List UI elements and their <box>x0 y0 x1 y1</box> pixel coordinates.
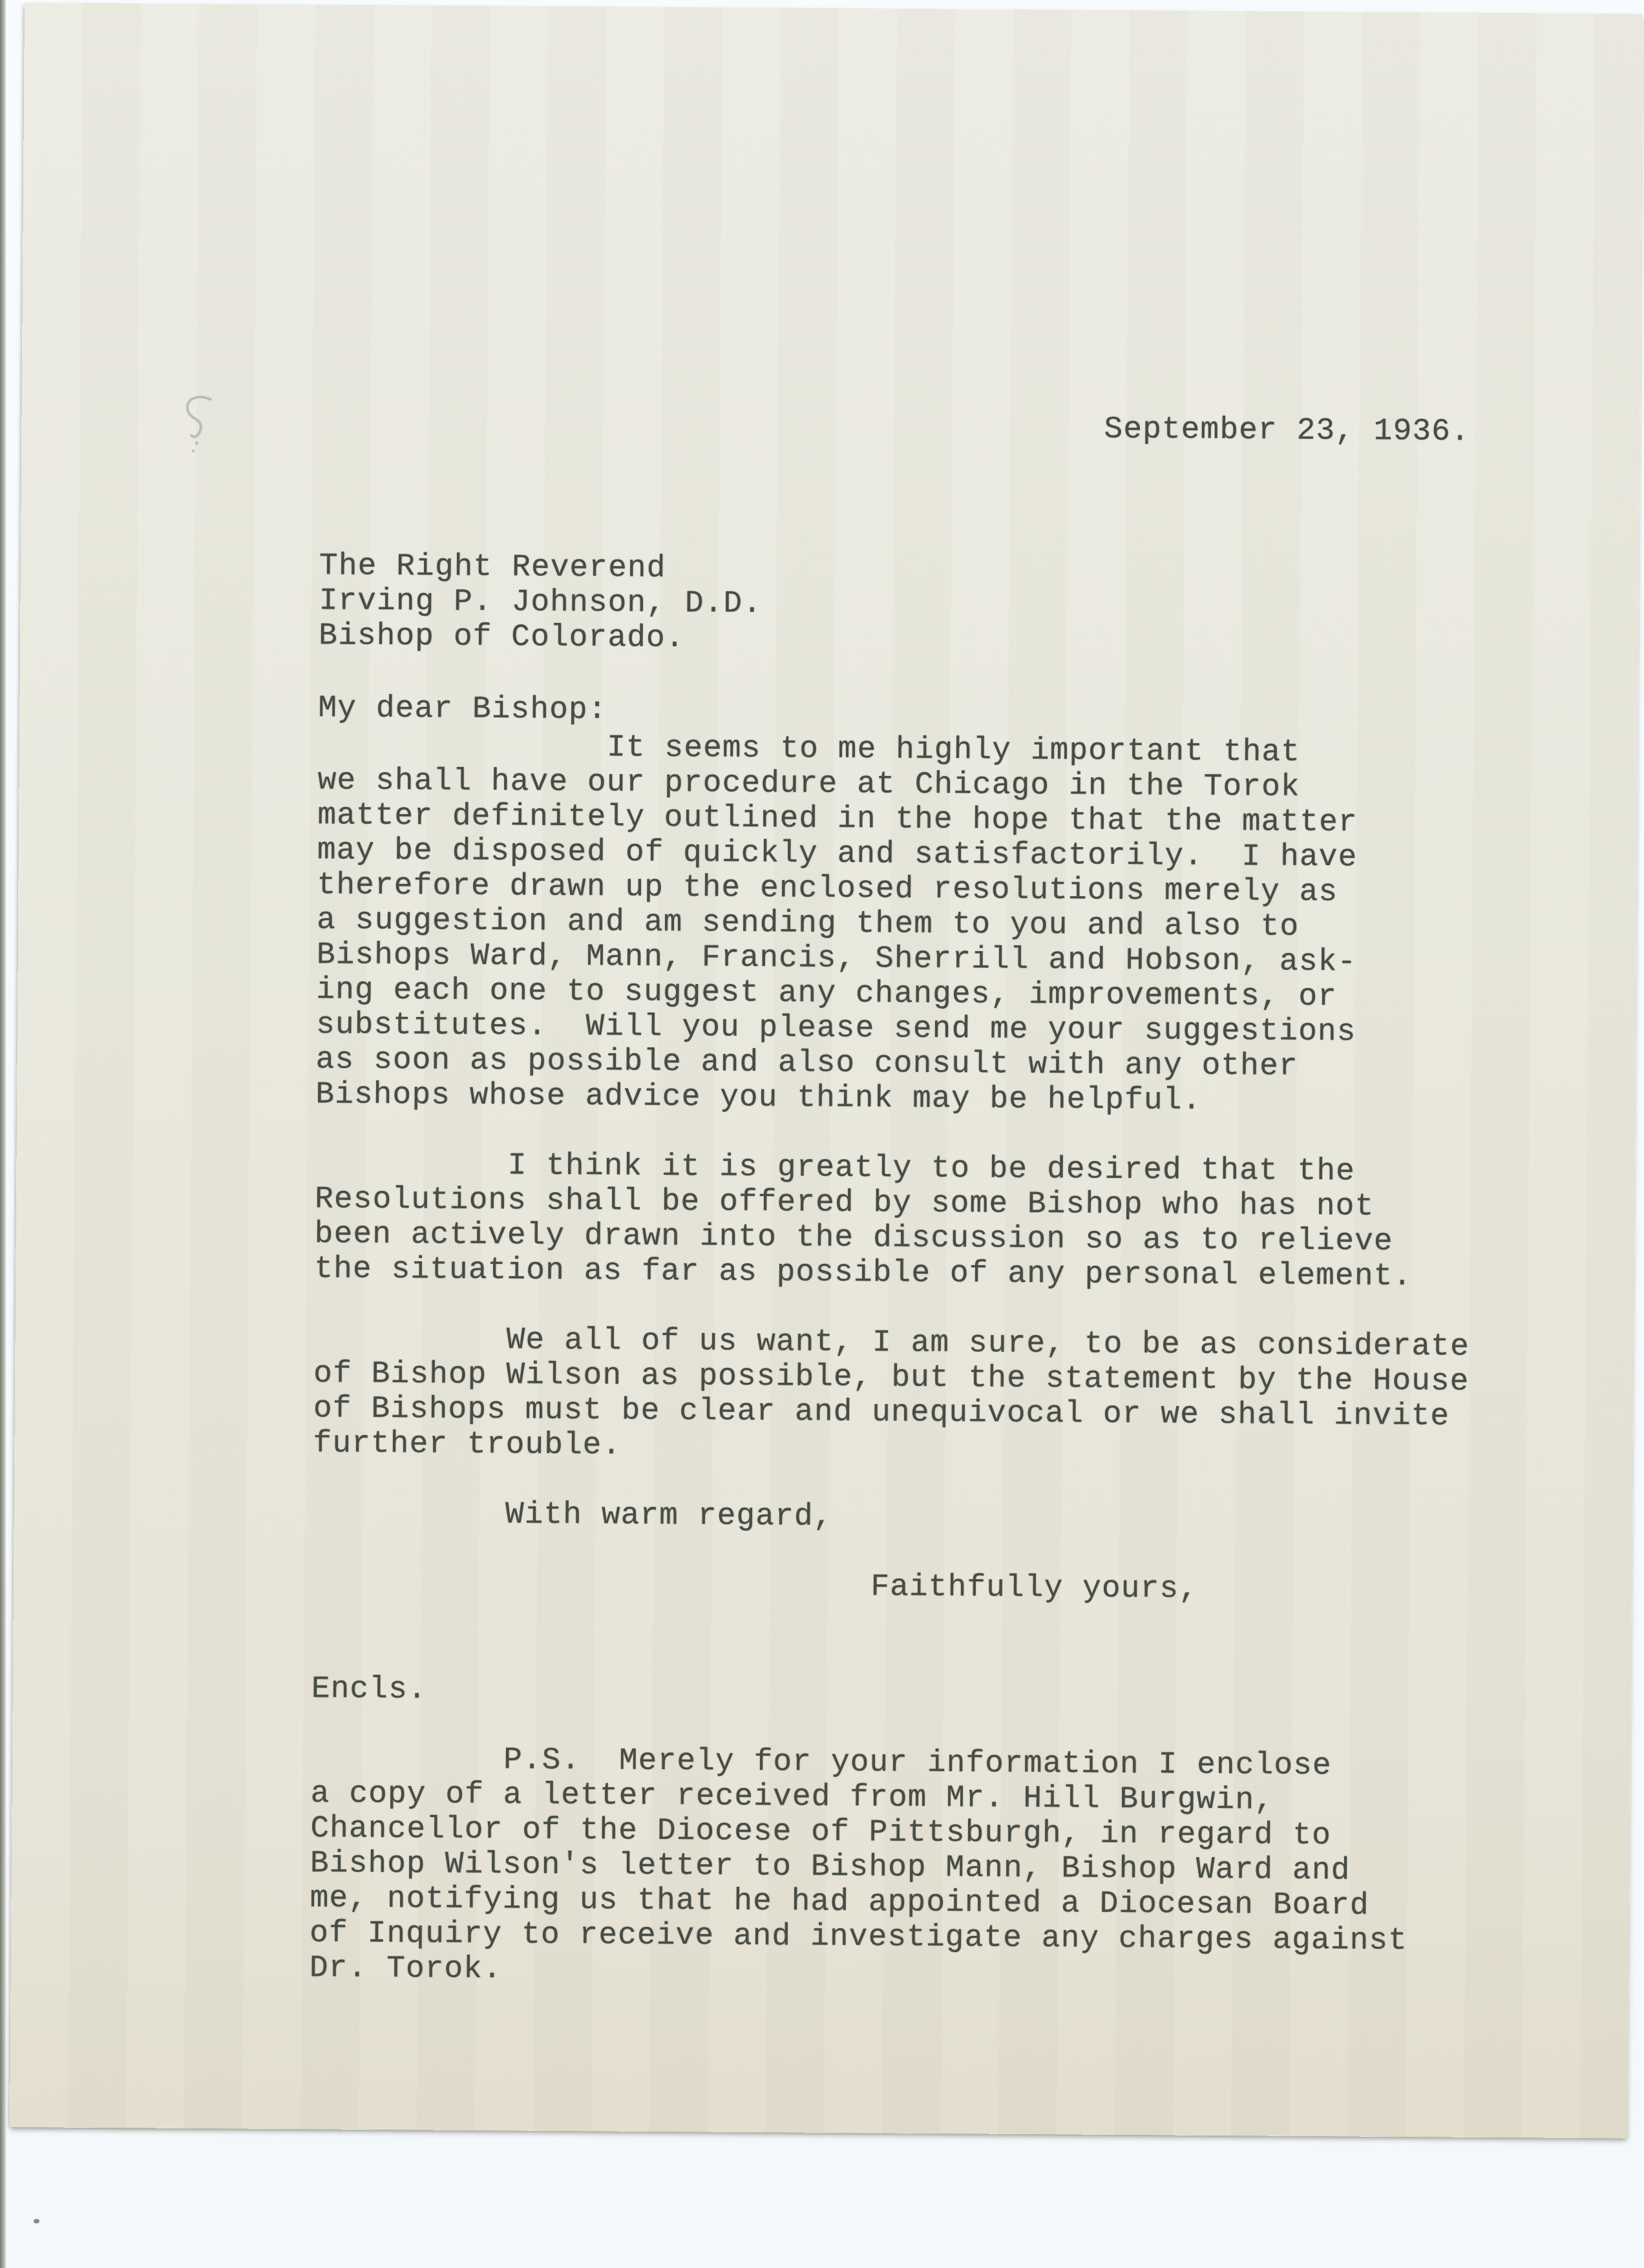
salutation: My dear Bishop: <box>318 691 607 728</box>
recipient-address: The Right Reverend Irving P. Johnson, D.… <box>319 549 763 656</box>
body-paragraph-3: We all of us want, I am sure, to be as c… <box>313 1321 1470 1469</box>
body-paragraph-2: I think it is greatly to be desired that… <box>314 1147 1413 1294</box>
valediction: Faithfully yours, <box>312 1566 1198 1607</box>
scan-edge-shadow <box>0 0 6 2268</box>
scanner-backing: September 23, 1936. The Right Reverend I… <box>0 0 1644 2268</box>
body-paragraph-1: It seems to me highly important that we … <box>315 728 1358 1119</box>
dust-speck <box>34 2219 39 2223</box>
pencil-mark <box>174 392 233 470</box>
enclosure-note: Encls. <box>311 1672 427 1707</box>
postscript: P.S. Merely for your information I enclo… <box>310 1741 1409 1993</box>
date-line: September 23, 1936. <box>1104 412 1470 450</box>
complimentary-close: With warm regard, <box>312 1496 832 1535</box>
letter-page: September 23, 1936. The Right Reverend I… <box>10 3 1643 2138</box>
